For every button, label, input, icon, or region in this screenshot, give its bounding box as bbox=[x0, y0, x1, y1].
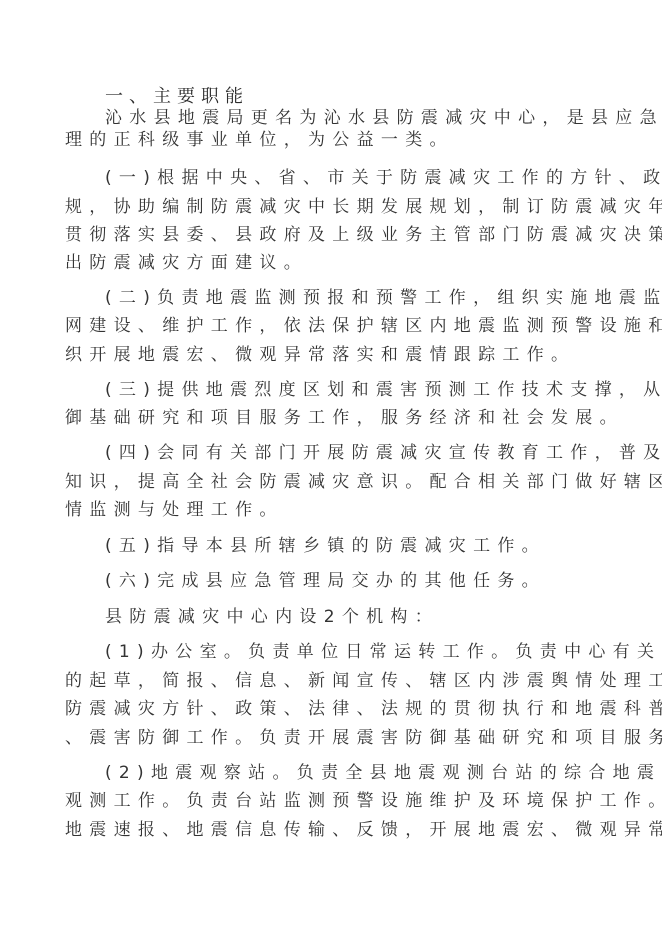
document-page: 一、主要职能 沁水县地震局更名为沁水县防震减灾中心，是县应急管理局管 理的正科级… bbox=[0, 0, 662, 936]
paragraph-line: 沁水县地震局更名为沁水县防震减灾中心，是县应急管理局管 bbox=[105, 107, 662, 129]
paragraph-line: (1)办公室。负责单位日常运转工作。负责中心有关文件、文稿 bbox=[105, 641, 662, 663]
paragraph-line: (2)地震观察站。负责全县地震观测台站的综合地震前兆、测震 bbox=[105, 762, 662, 784]
paragraph-line: 、震害防御工作。负责开展震害防御基础研究和项目服务。 bbox=[65, 727, 662, 749]
paragraph-line: (三)提供地震烈度区划和震害预测工作技术支撑，从事震害防 bbox=[105, 379, 662, 401]
paragraph-line: (一)根据中央、省、市关于防震减灾工作的方针、政策和法律法 bbox=[105, 167, 662, 189]
paragraph-line: (二)负责地震监测预报和预警工作，组织实施地震监测预警台 bbox=[105, 287, 662, 309]
paragraph-line: 情监测与处理工作。 bbox=[65, 499, 284, 521]
paragraph-line: 出防震减灾方面建议。 bbox=[65, 252, 308, 274]
paragraph-line: 观测工作。负责台站监测预警设施维护及环境保护工作。负责做好 bbox=[65, 790, 662, 812]
paragraph-line: 防震减灾方针、政策、法律、法规的贯彻执行和地震科普宣传教育 bbox=[65, 698, 662, 720]
paragraph-line: (四)会同有关部门开展防震减灾宣传教育工作，普及防震减灾 bbox=[105, 442, 662, 464]
paragraph-line: 的起草，简报、信息、新闻宣传、辖区内涉震舆情处理工作。负责 bbox=[65, 670, 662, 692]
paragraph-line: 御基础研究和项目服务工作，服务经济和社会发展。 bbox=[65, 407, 624, 429]
paragraph-line: 地震速报、地震信息传输、反馈，开展地震宏、微观异常落实和震 bbox=[65, 819, 662, 841]
paragraph-line: 理的正科级事业单位，为公益一类。 bbox=[65, 129, 454, 151]
paragraph-line: 织开展地震宏、微观异常落实和震情跟踪工作。 bbox=[65, 344, 575, 366]
section-heading: 一、主要职能 bbox=[105, 86, 249, 108]
paragraph-line: 网建设、维护工作，依法保护辖区内地震监测预警设施和环境，组 bbox=[65, 315, 662, 337]
paragraph-line: 贯彻落实县委、县政府及上级业务主管部门防震减灾决策部署，提 bbox=[65, 224, 662, 246]
paragraph-line: 规，协助编制防震减灾中长期发展规划，制订防震减灾年度计划， bbox=[65, 196, 662, 218]
paragraph-line: 县防震减灾中心内设2个机构： bbox=[105, 606, 439, 628]
paragraph-line: (六)完成县应急管理局交办的其他任务。 bbox=[105, 570, 546, 592]
paragraph-line: (五)指导本县所辖乡镇的防震减灾工作。 bbox=[105, 535, 546, 557]
paragraph-line: 知识，提高全社会防震减灾意识。配合相关部门做好辖区内涉震舆 bbox=[65, 471, 662, 493]
